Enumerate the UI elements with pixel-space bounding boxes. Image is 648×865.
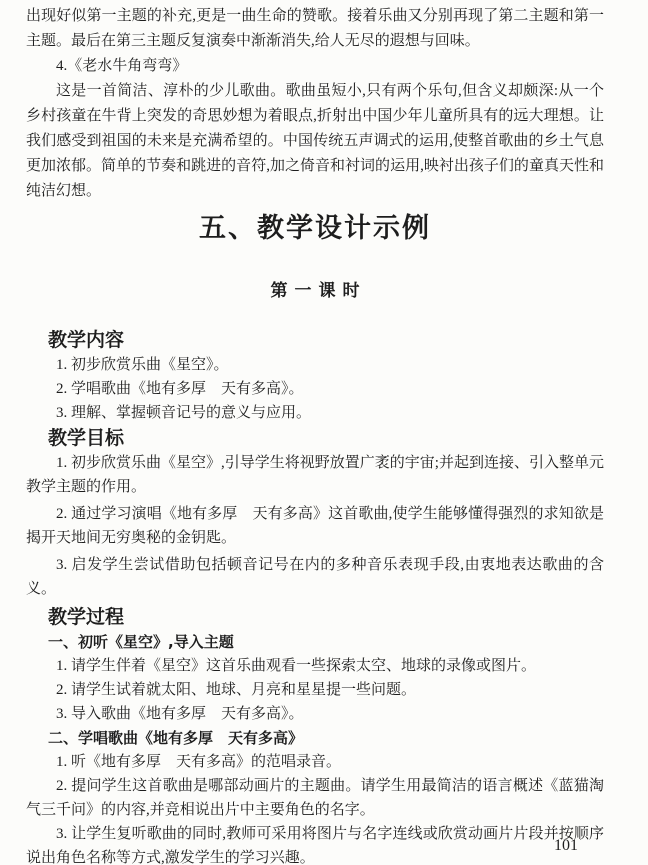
- process-part2-heading: 二、学唱歌曲《地有多厚 天有多高》: [48, 726, 604, 750]
- teaching-goal-2: 2. 通过学习演唱《地有多厚 天有多高》这首歌曲,使学生能够懂得强烈的求知欲是揭…: [26, 502, 604, 550]
- intro-paragraph-1: 出现好似第一主题的补充,更是一曲生命的赞歌。接着乐曲又分别再现了第二主题和第一主…: [26, 4, 604, 54]
- song-item-title: 4.《老水牛角弯弯》: [26, 54, 604, 79]
- intro-paragraph-2: 这是一首简洁、淳朴的少儿歌曲。歌曲虽短小,只有两个乐句,但含义却颇深:从一个乡村…: [26, 79, 604, 204]
- section-title: 五、教学设计示例: [26, 210, 604, 248]
- teaching-content-item-1: 1. 初步欣赏乐曲《星空》。: [26, 353, 604, 377]
- process-part2-item-1: 1. 听《地有多厚 天有多高》的范唱录音。: [26, 750, 604, 774]
- process-part2-item-2: 2. 提问学生这首歌曲是哪部动画片的主题曲。请学生用最简洁的语言概述《蓝猫淘气三…: [26, 774, 604, 822]
- process-part1-item-1: 1. 请学生伴着《星空》这首乐曲观看一些探索太空、地球的录像或图片。: [26, 654, 604, 678]
- document-page: 出现好似第一主题的补充,更是一曲生命的赞歌。接着乐曲又分别再现了第二主题和第一主…: [0, 0, 648, 865]
- teaching-goals-heading: 教学目标: [48, 425, 604, 451]
- teaching-goal-3: 3. 启发学生尝试借助包括顿音记号在内的多种音乐表现手段,由衷地表达歌曲的含义。: [26, 553, 604, 601]
- teaching-content-item-3: 3. 理解、掌握顿音记号的意义与应用。: [26, 401, 604, 425]
- teaching-process-heading: 教学过程: [48, 604, 604, 630]
- process-part2-item-3: 3. 让学生复听歌曲的同时,教师可采用将图片与名字连线或欣赏动画片片段并按顺序说…: [26, 822, 604, 865]
- page-number: 101: [554, 837, 578, 855]
- lesson-subtitle: 第一课时: [26, 278, 604, 303]
- process-part1-item-2: 2. 请学生试着就太阳、地球、月亮和星星提一些问题。: [26, 678, 604, 702]
- process-part1-item-3: 3. 导入歌曲《地有多厚 天有多高》。: [26, 702, 604, 726]
- teaching-goal-1: 1. 初步欣赏乐曲《星空》,引导学生将视野放置广袤的宇宙;并起到连接、引入整单元…: [26, 451, 604, 499]
- process-part1-heading: 一、初听《星空》,导入主题: [48, 630, 604, 654]
- teaching-content-item-2: 2. 学唱歌曲《地有多厚 天有多高》。: [26, 377, 604, 401]
- teaching-content-heading: 教学内容: [48, 327, 604, 353]
